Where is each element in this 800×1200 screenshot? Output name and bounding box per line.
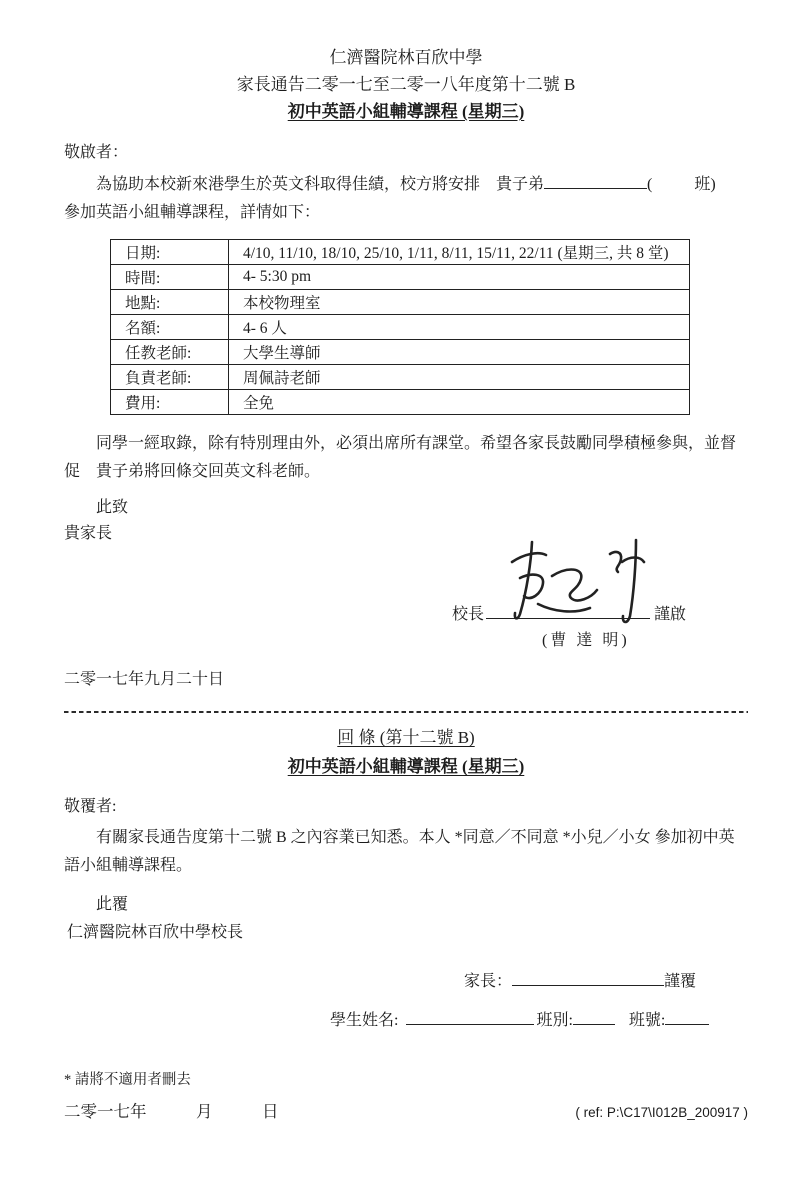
fill-gap-class	[652, 179, 694, 189]
fill-blank-class	[573, 1010, 615, 1025]
reply-slip-title: 回 條 (第十二號 B)	[64, 724, 748, 752]
principal-name: (曹 達 明)	[542, 627, 630, 650]
table-row-date: 日期: 4/10, 11/10, 18/10, 25/10, 1/11, 8/1…	[111, 240, 690, 265]
table-row-venue: 地點: 本校物理室	[111, 290, 690, 315]
row-label: 名額:	[111, 315, 229, 340]
notice-ref-line: 家長通告二零一七至二零一八年度第十二號 B	[64, 71, 748, 98]
footnote-asterisk: * 請將不適用者刪去	[64, 1068, 748, 1089]
parent-respect-label: 謹覆	[664, 968, 696, 991]
reply-slip-header: 回 條 (第十二號 B) 初中英語小組輔導課程 (星期三)	[64, 724, 748, 781]
reply-slip-course-title: 初中英語小組輔導課程 (星期三)	[64, 752, 748, 781]
row-value: 本校物理室	[229, 290, 690, 315]
table-row-time: 時間: 4- 5:30 pm	[111, 265, 690, 290]
row-value: 大學生導師	[229, 340, 690, 365]
reply-date-line: 二零一七年 月 日	[64, 1098, 279, 1122]
reply-body-paragraph: 有關家長通告度第十二號 B 之內容業已知悉。本人 *同意／不同意 *小兒／小女 …	[64, 824, 748, 879]
cut-line-divider	[64, 711, 748, 714]
student-info-row: 學生姓名: 班別: 班號:	[330, 1007, 748, 1030]
intro-text-2: 參加英語小組輔導課程，詳情如下：	[64, 204, 320, 221]
fill-blank-student-name	[406, 1010, 534, 1025]
course-title: 初中英語小組輔導課程 (星期三)	[64, 98, 748, 126]
row-label: 日期:	[111, 240, 229, 265]
scanned-notice-page: 仁濟醫院林百欣中學 家長通告二零一七至二零一八年度第十二號 B 初中英語小組輔導…	[0, 0, 800, 1122]
parent-signature-row: 家長： 謹覆	[464, 968, 748, 991]
closing-paragraph: 同學一經取錄，除有特別理由外，必須出席所有課堂。希望各家長鼓勵同學積極參與，並督…	[64, 430, 748, 485]
row-value: 4- 5:30 pm	[229, 265, 690, 290]
notice-date: 二零一七年九月二十日	[64, 666, 748, 689]
row-value: 4- 6 人	[229, 315, 690, 340]
row-label: 地點:	[111, 290, 229, 315]
signature-block: 校長 謹啟 (曹 達 明)	[64, 554, 748, 650]
student-name-label: 學生姓名:	[330, 1007, 398, 1030]
school-name: 仁濟醫院林百欣中學	[64, 44, 748, 71]
class-label: 班別:	[536, 1007, 572, 1030]
respect-label: 謹啟	[654, 601, 686, 624]
intro-paragraph: 為協助本校新來港學生於英文科取得佳績，校方將安排 貴子弟(班) 參加英語小組輔導…	[64, 171, 748, 226]
reply-salutation: 敬覆者:	[64, 793, 748, 816]
table-row-tutor: 任教老師: 大學生導師	[111, 340, 690, 365]
bottom-row: 二零一七年 月 日 ( ref: P:\C17\I012B_200917 )	[64, 1098, 748, 1122]
intro-text-1: 為協助本校新來港學生於英文科取得佳績，校方將安排 貴子弟	[96, 176, 544, 193]
row-value: 4/10, 11/10, 18/10, 25/10, 1/11, 8/11, 1…	[229, 240, 690, 265]
signature-line-row: 校長 謹啟	[452, 601, 686, 624]
notice-header: 仁濟醫院林百欣中學 家長通告二零一七至二零一八年度第十二號 B 初中英語小組輔導…	[64, 44, 748, 126]
signature-line	[486, 605, 650, 619]
table-row-fee: 費用: 全免	[111, 390, 690, 415]
fill-blank-student	[544, 174, 647, 189]
valediction: 此致	[64, 495, 748, 521]
table-row-quota: 名額: 4- 6 人	[111, 315, 690, 340]
class-no-label: 班號:	[629, 1007, 665, 1030]
parent-label: 家長：	[464, 968, 512, 991]
row-value: 全免	[229, 390, 690, 415]
row-label: 任教老師:	[111, 340, 229, 365]
file-ref: ( ref: P:\C17\I012B_200917 )	[575, 1105, 748, 1120]
row-label: 負責老師:	[111, 365, 229, 390]
row-label: 費用:	[111, 390, 229, 415]
principal-label: 校長	[452, 601, 484, 624]
fill-blank-class-no	[665, 1010, 709, 1025]
intro-bracket-close: 班)	[694, 176, 715, 193]
salutation: 敬啟者：	[64, 139, 748, 162]
row-label: 時間:	[111, 265, 229, 290]
fill-blank-parent-signature	[512, 971, 664, 986]
reply-addressee: 仁濟醫院林百欣中學校長	[64, 919, 748, 946]
reply-valediction: 此覆	[64, 891, 748, 918]
row-value: 周佩詩老師	[229, 365, 690, 390]
table-row-teacher-in-charge: 負責老師: 周佩詩老師	[111, 365, 690, 390]
course-details-table: 日期: 4/10, 11/10, 18/10, 25/10, 1/11, 8/1…	[110, 239, 690, 415]
